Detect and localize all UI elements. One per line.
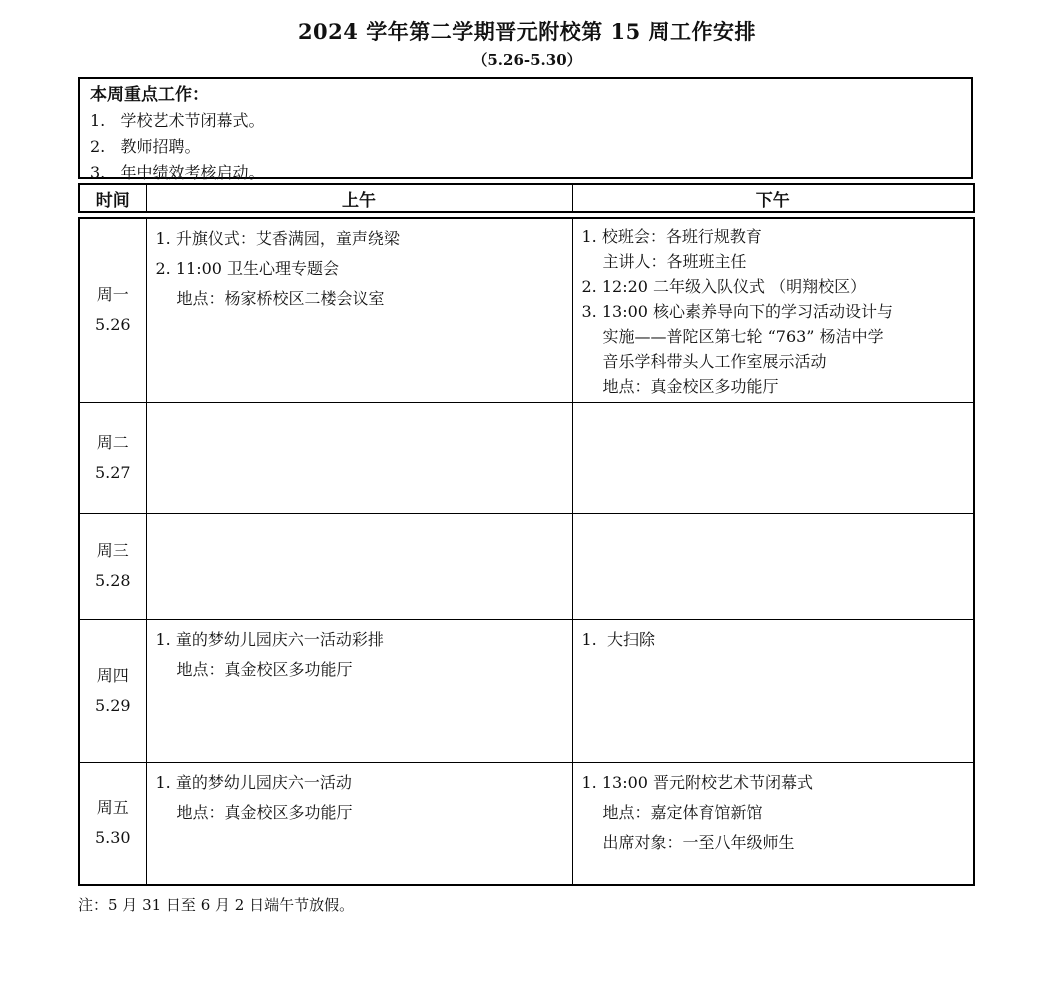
schedule-line: 地点：真金校区多功能厅 — [156, 655, 566, 685]
wednesday-morning-cell — [146, 513, 572, 619]
day-label: 周五 — [80, 793, 146, 823]
schedule-line: 1. 童的梦幼儿园庆六一活动 — [156, 768, 566, 798]
highlight-item: 2. 教师招聘。 — [90, 134, 961, 160]
schedule-line: 1. 13:00 晋元附校艺术节闭幕式 — [582, 768, 968, 798]
schedule-table: 周一 5.26 1. 升旗仪式：艾香满园，童声绕梁 2. 11:00 卫生心理专… — [78, 217, 975, 886]
schedule-line: 3. 13:00 核心素养导向下的学习活动设计与 — [582, 299, 968, 324]
schedule-header-row: 时间 上午 下午 — [78, 183, 975, 213]
date-label: 5.27 — [80, 458, 146, 488]
friday-morning-cell: 1. 童的梦幼儿园庆六一活动 地点：真金校区多功能厅 — [146, 762, 572, 885]
schedule-line: 地点：真金校区多功能厅 — [156, 798, 566, 828]
table-row-monday: 周一 5.26 1. 升旗仪式：艾香满园，童声绕梁 2. 11:00 卫生心理专… — [79, 218, 974, 402]
schedule-line: 实施——普陀区第七轮 “763” 杨洁中学 — [582, 324, 968, 349]
schedule-line: 1. 童的梦幼儿园庆六一活动彩排 — [156, 625, 566, 655]
table-row-wednesday: 周三 5.28 — [79, 513, 974, 619]
schedule-line: 2. 12:20 二年级入队仪式 （明翔校区） — [582, 274, 968, 299]
day-cell-tuesday: 周二 5.27 — [79, 402, 146, 513]
monday-morning-cell: 1. 升旗仪式：艾香满园，童声绕梁 2. 11:00 卫生心理专题会 地点：杨家… — [146, 218, 572, 402]
schedule-line: 地点：真金校区多功能厅 — [582, 374, 968, 399]
highlight-item: 1. 学校艺术节闭幕式。 — [90, 108, 961, 134]
schedule-line: 主讲人：各班班主任 — [582, 249, 968, 274]
schedule-line: 2. 11:00 卫生心理专题会 — [156, 254, 566, 284]
date-label: 5.30 — [80, 823, 146, 853]
day-label: 周三 — [80, 536, 146, 566]
column-header-time: 时间 — [79, 184, 146, 212]
schedule-line: 地点：杨家桥校区二楼会议室 — [156, 284, 566, 314]
schedule-line: 1. 升旗仪式：艾香满园，童声绕梁 — [156, 224, 566, 254]
table-row-thursday: 周四 5.29 1. 童的梦幼儿园庆六一活动彩排 地点：真金校区多功能厅 1. … — [79, 619, 974, 762]
tuesday-morning-cell — [146, 402, 572, 513]
column-header-afternoon: 下午 — [572, 184, 974, 212]
day-cell-thursday: 周四 5.29 — [79, 619, 146, 762]
schedule-line: 地点：嘉定体育馆新馆 — [582, 798, 968, 828]
thursday-morning-cell: 1. 童的梦幼儿园庆六一活动彩排 地点：真金校区多功能厅 — [146, 619, 572, 762]
day-cell-wednesday: 周三 5.28 — [79, 513, 146, 619]
schedule-line: 1. 大扫除 — [582, 625, 968, 655]
wednesday-afternoon-cell — [572, 513, 974, 619]
footnote: 注：5 月 31 日至 6 月 2 日端午节放假。 — [78, 894, 973, 915]
document-page: 2024 学年第二学期晋元附校第 15 周工作安排 （5.26-5.30） 本周… — [0, 0, 1054, 988]
weekly-highlights-box: 本周重点工作： 1. 学校艺术节闭幕式。 2. 教师招聘。 3. 年中绩效考核启… — [78, 77, 973, 179]
monday-afternoon-cell: 1. 校班会：各班行规教育 主讲人：各班班主任 2. 12:20 二年级入队仪式… — [572, 218, 974, 402]
column-header-morning: 上午 — [146, 184, 572, 212]
table-row-friday: 周五 5.30 1. 童的梦幼儿园庆六一活动 地点：真金校区多功能厅 1. 13… — [79, 762, 974, 885]
date-label: 5.28 — [80, 566, 146, 596]
table-row-tuesday: 周二 5.27 — [79, 402, 974, 513]
document-content: 本周重点工作： 1. 学校艺术节闭幕式。 2. 教师招聘。 3. 年中绩效考核启… — [78, 77, 973, 915]
day-label: 周二 — [80, 428, 146, 458]
day-cell-monday: 周一 5.26 — [79, 218, 146, 402]
schedule-line: 出席对象：一至八年级师生 — [582, 828, 968, 858]
page-title: 2024 学年第二学期晋元附校第 15 周工作安排 — [0, 0, 1054, 46]
schedule-line: 1. 校班会：各班行规教育 — [582, 224, 968, 249]
page-subtitle: （5.26-5.30） — [0, 49, 1054, 70]
day-cell-friday: 周五 5.30 — [79, 762, 146, 885]
day-label: 周一 — [80, 280, 146, 310]
date-label: 5.26 — [80, 310, 146, 340]
date-label: 5.29 — [80, 691, 146, 721]
highlights-heading: 本周重点工作： — [90, 82, 961, 108]
friday-afternoon-cell: 1. 13:00 晋元附校艺术节闭幕式 地点：嘉定体育馆新馆 出席对象：一至八年… — [572, 762, 974, 885]
day-label: 周四 — [80, 661, 146, 691]
header-row: 时间 上午 下午 — [79, 184, 974, 212]
schedule-line: 音乐学科带头人工作室展示活动 — [582, 349, 968, 374]
tuesday-afternoon-cell — [572, 402, 974, 513]
thursday-afternoon-cell: 1. 大扫除 — [572, 619, 974, 762]
